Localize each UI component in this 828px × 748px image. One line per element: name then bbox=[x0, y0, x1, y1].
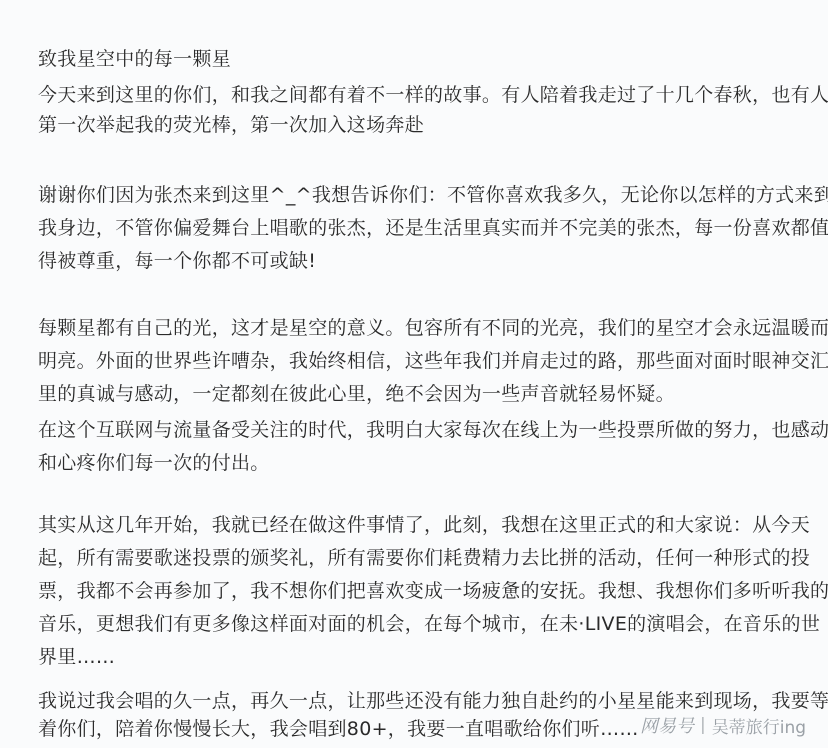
paragraph-line: 我身边，不管你偏爱舞台上唱歌的张杰，还是生活里真实而并不完美的张杰，每一份喜欢都… bbox=[38, 215, 828, 241]
paragraph-line: 得被尊重，每一个你都不可或缺! bbox=[38, 248, 316, 274]
paragraph-line: 第一次举起我的荧光棒，第一次加入这场奔赴 bbox=[38, 112, 424, 138]
paragraph-line: 我说过我会唱的久一点，再久一点，让那些还没有能力独自赴约的小星星能来到现场，我要… bbox=[38, 688, 828, 714]
paragraph-line: 每颗星都有自己的光，这才是星空的意义。包容所有不同的光亮，我们的星空才会永远温暖… bbox=[38, 315, 828, 341]
paragraph-line: 其实从这几年开始，我就已经在做这件事情了，此刻，我想在这里正式的和大家说：从今天 bbox=[38, 512, 810, 538]
paragraph-line: 音乐，更想我们有更多像这样面对面的机会，在每个城市，在未·LIVE的演唱会，在音… bbox=[38, 611, 820, 637]
paragraph-line: 起，所有需要歌迷投票的颁奖礼，所有需要你们耗费精力去比拼的活动，任何一种形式的投 bbox=[38, 545, 810, 571]
watermark: 网易号 | 吴蒂旅行ing bbox=[640, 712, 806, 738]
paragraph-line: 票，我都不会再参加了，我不想你们把喜欢变成一场疲惫的安抚。我想、我想你们多听听我… bbox=[38, 578, 828, 604]
paragraph-line: 今天来到这里的你们，和我之间都有着不一样的故事。有人陪着我走过了十几个春秋，也有… bbox=[38, 82, 828, 108]
letter-title: 致我星空中的每一颗星 bbox=[38, 46, 231, 72]
paragraph-line: 在这个互联网与流量备受关注的时代，我明白大家每次在线上为一些投票所做的努力，也感… bbox=[38, 417, 828, 443]
paragraph-line: 里的真诚与感动，一定都刻在彼此心里，绝不会因为一些声音就轻易怀疑。 bbox=[38, 381, 675, 407]
paragraph-line: 着你们，陪着你慢慢长大，我会唱到80+，我要一直唱歌给你们听…… bbox=[38, 716, 639, 742]
paragraph-line: 界里…… bbox=[38, 644, 115, 670]
paragraph-line: 谢谢你们因为张杰来到这里^_^我想告诉你们：不管你喜欢我多久，无论你以怎样的方式… bbox=[38, 182, 828, 208]
watermark-brand: 网易号 bbox=[640, 712, 694, 738]
paragraph-line: 和心疼你们每一次的付出。 bbox=[38, 450, 270, 476]
watermark-author: 吴蒂旅行ing bbox=[712, 713, 806, 738]
watermark-separator: | bbox=[700, 715, 706, 735]
paragraph-line: 明亮。外面的世界些许嘈杂，我始终相信，这些年我们并肩走过的路，那些面对面时眼神交… bbox=[38, 348, 828, 374]
